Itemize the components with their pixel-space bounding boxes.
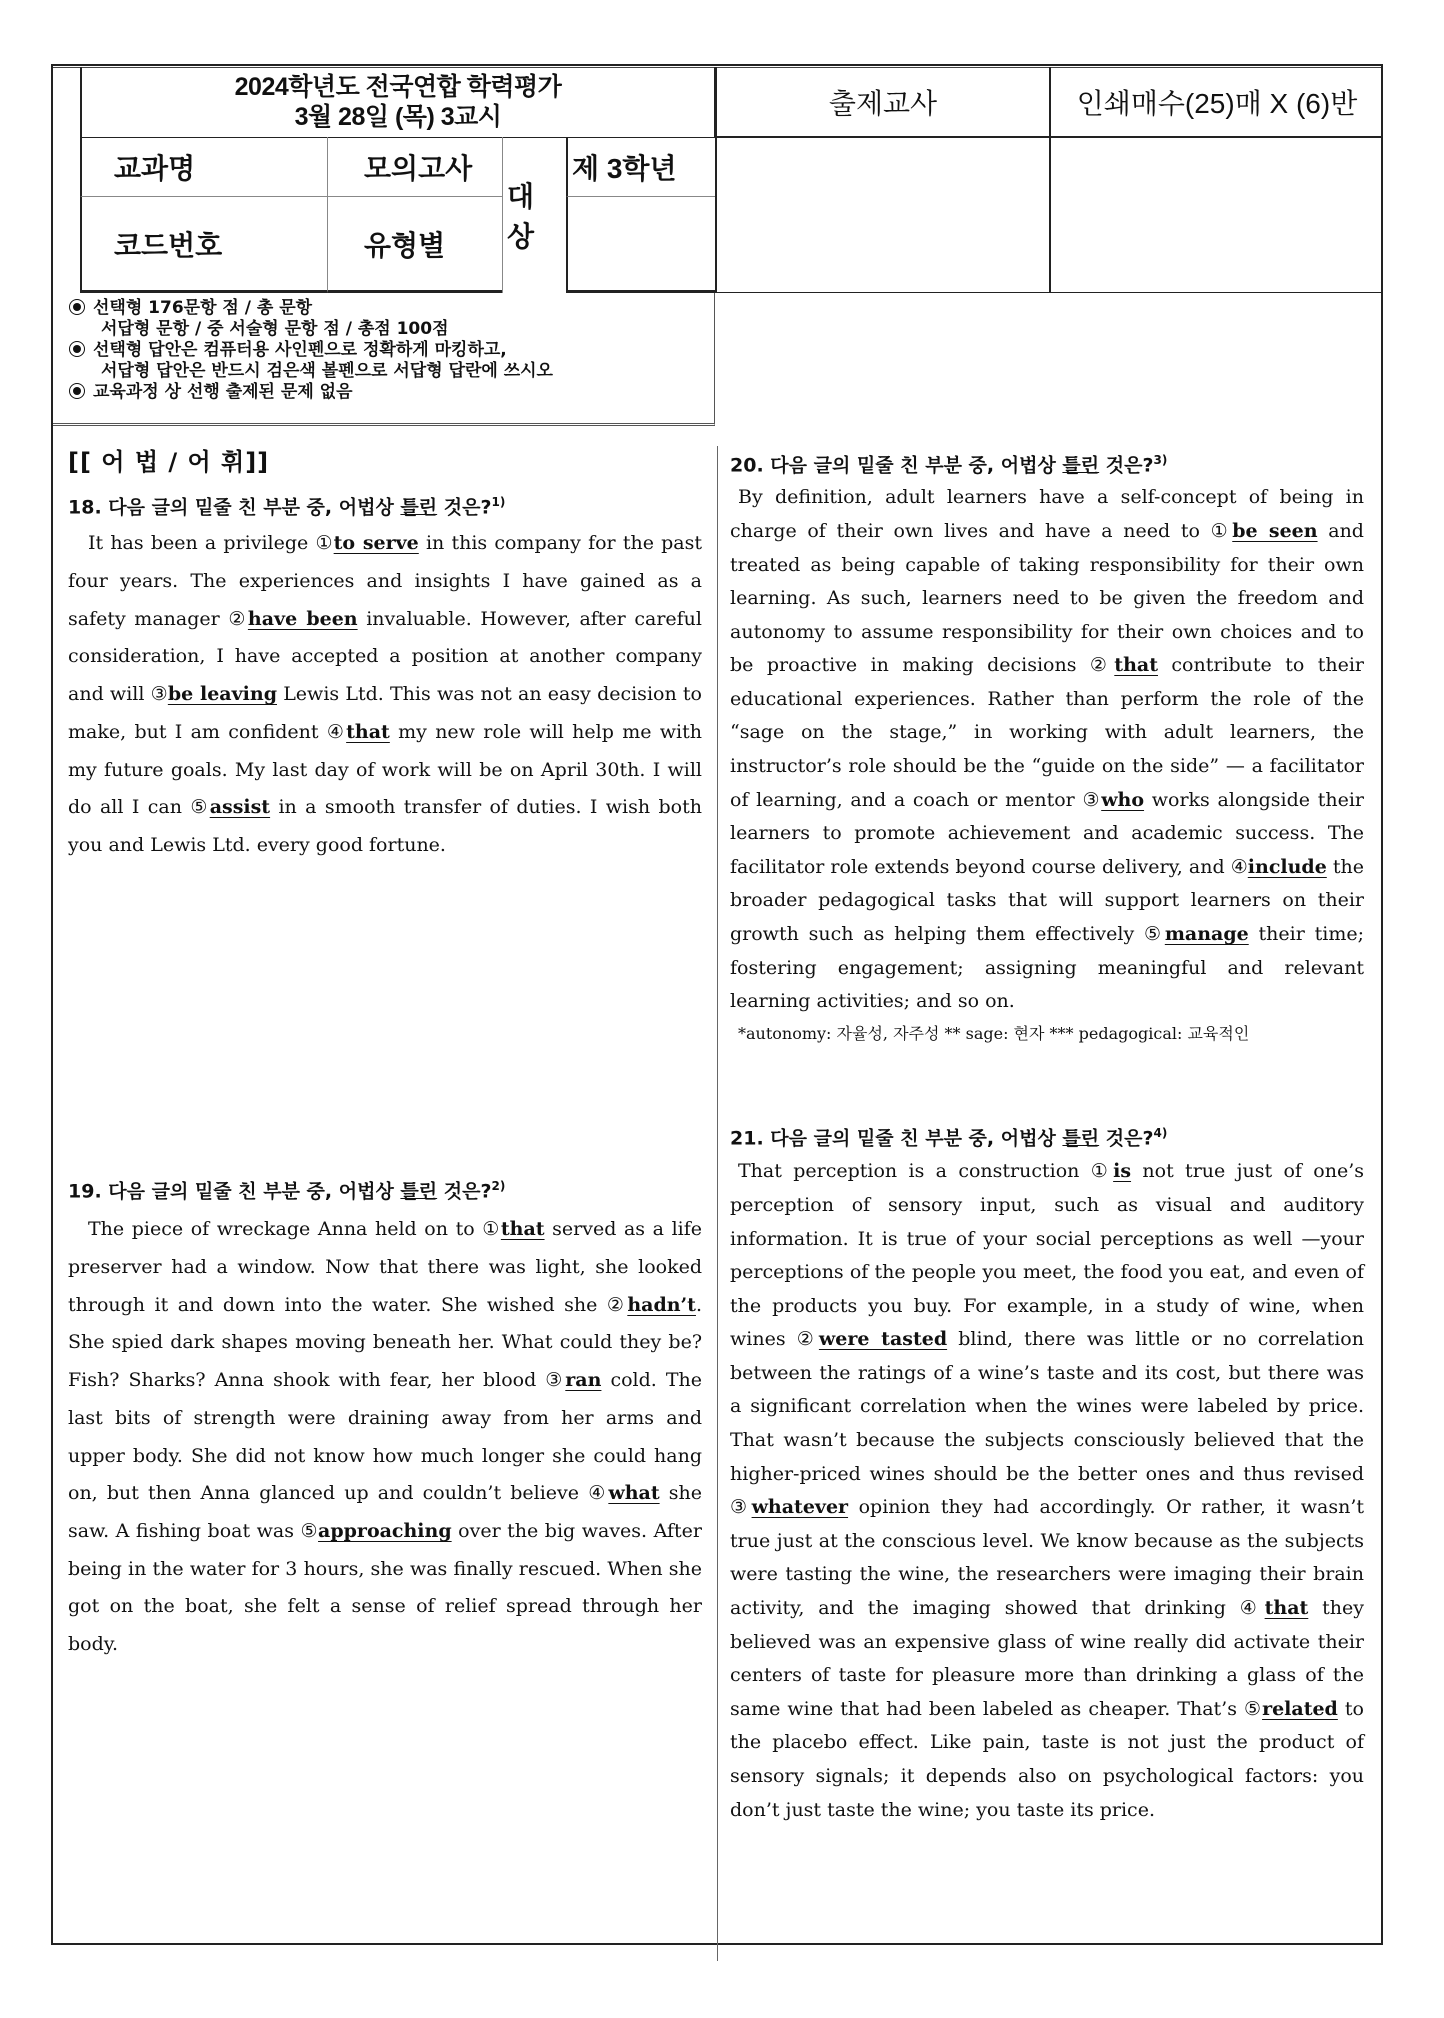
choice-3-text: whatever <box>752 1496 848 1518</box>
code-label: 코드번호 <box>114 224 222 264</box>
choice-1-text: that <box>501 1218 545 1240</box>
choice-5-text: approaching <box>318 1520 452 1542</box>
question-19-passage: The piece of wreckage Anna held on to ①t… <box>68 1211 702 1663</box>
choice-2-text: were tasted <box>819 1328 947 1350</box>
text-segment: 다음 글의 밑줄 친 부분 중, 어법상 <box>770 1127 1062 1149</box>
left-column-q19: 19. 다음 글의 밑줄 친 부분 중, 어법상 틀린 것은?2) The pi… <box>68 1166 702 1664</box>
subject-value: 모의고사 <box>364 147 472 187</box>
choice-1-text: to serve <box>334 532 419 554</box>
subject-label-cell: 교과명 <box>80 137 327 197</box>
text-segment: 19. <box>68 1180 102 1202</box>
choice-2-text: hadn’t <box>627 1294 696 1316</box>
instruction-line-1: 선택형 176문항 점 / 총 문항 <box>93 298 312 318</box>
print-count-cell: 인쇄매수(25)매 X (6)반 <box>1049 67 1383 138</box>
text-segment: That perception is a construction <box>738 1160 1091 1182</box>
section-title: [[ 어 법 / 어 휘]] <box>68 440 702 484</box>
text-segment: 다음 글의 밑줄 친 부분 중, 어법상 <box>770 454 1062 476</box>
question-21-passage: That perception is a construction ①is no… <box>730 1155 1364 1827</box>
choice-4-marker: ④ <box>1231 856 1248 878</box>
type-label: 유형별 <box>364 224 445 264</box>
text-segment: 틀린 <box>1062 454 1099 476</box>
choice-1-marker: ① <box>315 532 333 554</box>
choice-4-text: what <box>608 1482 659 1504</box>
choice-4-marker: ④ <box>588 1482 608 1504</box>
text-segment: 2) <box>492 1179 506 1193</box>
text-segment: 3) <box>1154 453 1168 467</box>
text-segment: 18. <box>68 496 102 518</box>
text-segment: 20. <box>730 454 764 476</box>
grade-value: 제 3학년 <box>572 147 677 187</box>
instruction-line-5: 교육과정 상 선행 출제된 문제 없음 <box>93 382 353 402</box>
exam-title-line1: 2024학년도 전국연합 학력평가 <box>235 72 562 102</box>
choice-3-text: be leaving <box>168 683 277 705</box>
question-20-passage: By definition, adult learners have a sel… <box>730 481 1364 1019</box>
question-20-glossary: *autonomy: 자율성, 자주성 ** sage: 현자 *** peda… <box>730 1019 1364 1049</box>
text-segment: The piece of wreckage Anna held on to <box>88 1218 482 1240</box>
text-segment: 다음 글의 밑줄 친 부분 중, 어법상 <box>108 1180 400 1202</box>
subject-value-cell: 모의고사 <box>327 137 502 197</box>
print-blank-cell <box>1049 137 1383 293</box>
choice-2-marker: ② <box>797 1328 819 1350</box>
print-count: 인쇄매수(25)매 X (6)반 <box>1077 82 1358 122</box>
choice-5-text: assist <box>210 796 270 818</box>
choice-1-text: is <box>1113 1160 1131 1182</box>
instruction-line-3: 선택형 답안은 컴퓨터용 사인펜으로 정확하게 마킹하고, <box>93 340 507 360</box>
choice-3-marker: ③ <box>730 1496 752 1518</box>
column-divider <box>717 446 718 1961</box>
question-18-title: 18. 다음 글의 밑줄 친 부분 중, 어법상 틀린 것은?1) <box>68 484 702 525</box>
choice-5-text: manage <box>1165 923 1249 945</box>
choice-3-marker: ③ <box>151 683 168 705</box>
radio-bullet-icon <box>69 299 85 315</box>
choice-2-marker: ② <box>1090 654 1114 676</box>
text-segment: 것은? <box>437 496 491 518</box>
text-segment: 것은? <box>1099 454 1153 476</box>
text-segment: blind, there was little or no correlatio… <box>730 1328 1364 1484</box>
choice-4-text: include <box>1248 856 1327 878</box>
choice-5-text: related <box>1262 1698 1338 1720</box>
choice-4-marker: ④ <box>327 721 346 743</box>
left-column: [[ 어 법 / 어 휘]] 18. 다음 글의 밑줄 친 부분 중, 어법상 … <box>68 440 702 865</box>
text-segment: 21. <box>730 1127 764 1149</box>
instruction-line-4: 서답형 답안은 반드시 검은색 볼펜으로 서답형 답란에 쓰시오 <box>101 361 553 381</box>
choice-2-text: that <box>1114 654 1158 676</box>
choice-3-text: who <box>1101 789 1144 811</box>
target-label-1: 대 <box>507 175 534 215</box>
exam-title-line2: 3월 28일 (목) 3교시 <box>295 102 502 132</box>
radio-bullet-icon <box>69 341 85 357</box>
exam-instructions: 선택형 176문항 점 / 총 문항 서답형 문항 / 중 서술형 문항 점 /… <box>53 293 715 426</box>
text-segment: 틀린 <box>400 496 437 518</box>
choice-5-marker: ⑤ <box>1244 1698 1262 1720</box>
choice-3-marker: ③ <box>1082 789 1101 811</box>
choice-2-marker: ② <box>228 608 248 630</box>
choice-4-marker: ④ <box>1240 1597 1265 1619</box>
text-segment: contribute to their educational experien… <box>730 654 1364 810</box>
right-column-q20: 20. 다음 글의 밑줄 친 부분 중, 어법상 틀린 것은?3) By def… <box>730 444 1364 1049</box>
setter-label-cell: 출제교사 <box>715 67 1050 138</box>
choice-4-text: that <box>346 721 390 743</box>
type-label-cell: 유형별 <box>327 197 502 293</box>
choice-2-marker: ② <box>607 1294 627 1316</box>
right-column-q21: 21. 다음 글의 밑줄 친 부분 중, 어법상 틀린 것은?4) That p… <box>730 1116 1364 1827</box>
grade-cell: 제 3학년 <box>566 137 715 197</box>
text-segment: 틀린 <box>1062 1127 1099 1149</box>
text-segment: 다음 글의 밑줄 친 부분 중, 어법상 <box>108 496 400 518</box>
choice-2-text: have been <box>248 608 358 630</box>
question-19-title: 19. 다음 글의 밑줄 친 부분 중, 어법상 틀린 것은?2) <box>68 1166 702 1211</box>
question-21-title: 21. 다음 글의 밑줄 친 부분 중, 어법상 틀린 것은?4) <box>730 1116 1364 1155</box>
text-segment: It has been a privilege <box>88 532 315 554</box>
choice-1-marker: ① <box>482 1218 501 1240</box>
question-18-passage: It has been a privilege ①to serve in thi… <box>68 525 702 864</box>
text-segment: 것은? <box>437 1180 491 1202</box>
subject-label: 교과명 <box>114 147 195 187</box>
choice-5-marker: ⑤ <box>190 796 209 818</box>
target-label-2: 상 <box>507 215 534 255</box>
choice-5-marker: ⑤ <box>301 1520 319 1542</box>
text-segment: and treated as being capable of taking r… <box>730 520 1364 676</box>
setter-blank-cell <box>715 137 1050 293</box>
target-label-cell: 대 상 <box>502 137 567 293</box>
choice-1-marker: ① <box>1211 520 1233 542</box>
code-label-cell: 코드번호 <box>80 197 327 293</box>
grade-blank-cell <box>566 197 715 293</box>
text-segment: 틀린 <box>400 1180 437 1202</box>
choice-1-text: be seen <box>1232 520 1317 542</box>
choice-3-text: ran <box>565 1369 601 1391</box>
exam-title-cell: 2024학년도 전국연합 학력평가 3월 28일 (목) 3교시 <box>80 67 715 138</box>
choice-1-marker: ① <box>1091 1160 1113 1182</box>
setter-label: 출제교사 <box>829 82 937 122</box>
text-segment: 1) <box>492 495 506 509</box>
choice-3-marker: ③ <box>545 1369 565 1391</box>
text-segment: 4) <box>1154 1126 1168 1140</box>
question-20-title: 20. 다음 글의 밑줄 친 부분 중, 어법상 틀린 것은?3) <box>730 444 1364 481</box>
text-segment: 것은? <box>1099 1127 1153 1149</box>
radio-bullet-icon <box>69 383 85 399</box>
text-segment: not true just of one’s perception of sen… <box>730 1160 1364 1350</box>
choice-5-marker: ⑤ <box>1144 923 1165 945</box>
choice-4-text: that <box>1265 1597 1309 1619</box>
instruction-line-2: 서답형 문항 / 중 서술형 문항 점 / 총점 100점 <box>101 319 449 339</box>
